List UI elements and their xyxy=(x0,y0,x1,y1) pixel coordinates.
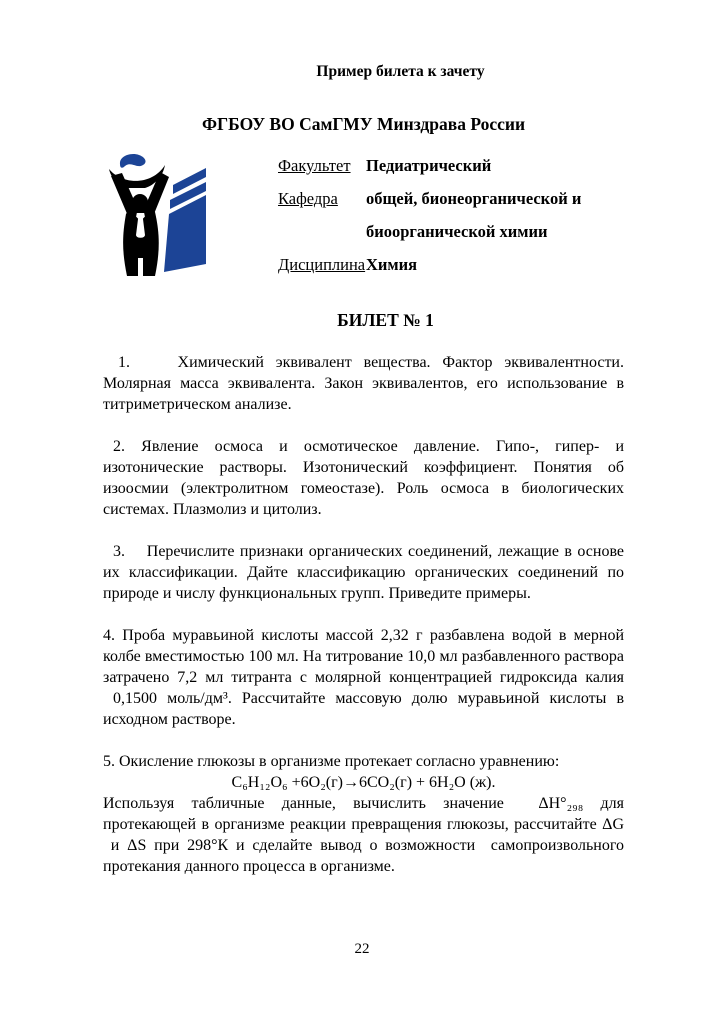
field-value-department-line2: биоорганической химии xyxy=(366,222,581,241)
info-fields: Факультет Педиатрический Кафедра общей, … xyxy=(278,152,581,274)
field-value-faculty: Педиатрический xyxy=(366,156,581,175)
info-block: Факультет Педиатрический Кафедра общей, … xyxy=(103,152,624,276)
field-value-discipline: Химия xyxy=(366,255,581,274)
university-name: ФГБОУ ВО СамГМУ Минздрава России xyxy=(103,113,624,135)
ticket-title: БИЛЕТ № 1 xyxy=(125,309,646,331)
question-5-equation: C₆H₁₂O₆ +6O₂(г)→6CO₂(г) + 6H₂O (ж). xyxy=(103,772,624,793)
logo-leg-gap xyxy=(138,258,143,276)
logo-vessel xyxy=(135,212,146,239)
university-logo xyxy=(107,152,213,276)
samsmu-logo-icon xyxy=(107,152,213,276)
field-label-faculty: Факультет xyxy=(278,156,366,175)
question-2: 2. Явление осмоса и осмотическое давлени… xyxy=(103,436,624,520)
logo-snake xyxy=(120,154,146,168)
field-value-department-line1: общей, бионеорганической и xyxy=(366,189,581,208)
question-5: 5. Окисление глюкозы в организме протека… xyxy=(103,751,624,877)
field-label-spacer xyxy=(278,222,366,241)
question-5-intro: 5. Окисление глюкозы в организме протека… xyxy=(103,751,624,772)
question-5-body: Используя табличные данные, вычислить зн… xyxy=(103,793,624,877)
document-page: Пример билета к зачету ФГБОУ ВО СамГМУ М… xyxy=(0,0,724,1024)
question-4: 4. Проба муравьиной кислоты массой 2,32 … xyxy=(103,625,624,730)
field-label-discipline: Дисциплина xyxy=(278,255,366,274)
doc-title: Пример билета к зачету xyxy=(140,62,661,81)
question-1: 1. Химический эквивалент вещества. Факто… xyxy=(103,352,624,415)
question-3: 3. Перечислите признаки органических сое… xyxy=(103,541,624,604)
page-number: 22 xyxy=(0,941,724,958)
field-label-department: Кафедра xyxy=(278,189,366,208)
